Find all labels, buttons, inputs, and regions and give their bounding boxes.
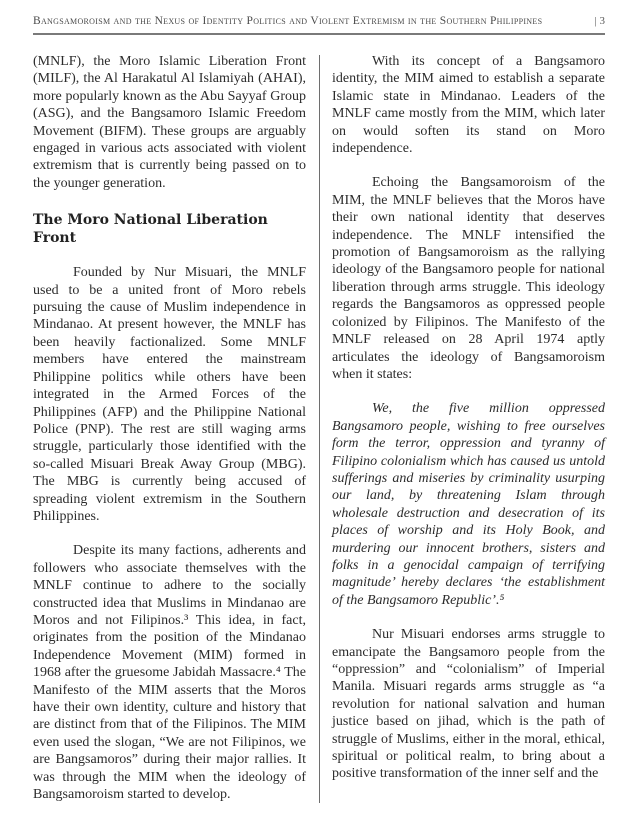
column-divider xyxy=(319,55,320,803)
paragraph-founded-by-misuari: Founded by Nur Misuari, the MNLF used to… xyxy=(33,264,306,525)
paragraph-nur-misuari-endorses: Nur Misuari endorses arms struggle to em… xyxy=(332,626,605,783)
paragraph-echoing-bangsamoroism: Echoing the Bangsamoroism of the MIM, th… xyxy=(332,174,605,383)
paragraph-bangsamoro-identity: With its concept of a Bangsamoro identit… xyxy=(332,53,605,157)
right-column: With its concept of a Bangsamoro identit… xyxy=(332,53,605,803)
left-column: (MNLF), the Moro Islamic Liberation Fron… xyxy=(33,53,306,803)
running-header-title: Bangsamoroism and the Nexus of Identity … xyxy=(33,15,542,27)
page-number: | 3 xyxy=(585,15,605,27)
blockquote-mnlf-manifesto: We, the five million oppressed Bangsamor… xyxy=(332,400,605,609)
document-page: Bangsamoroism and the Nexus of Identity … xyxy=(0,0,638,826)
two-column-body: (MNLF), the Moro Islamic Liberation Fron… xyxy=(33,53,605,803)
page-header: Bangsamoroism and the Nexus of Identity … xyxy=(33,15,605,35)
paragraph-despite-factions: Despite its many factions, adherents and… xyxy=(33,542,306,803)
paragraph-extremist-groups: (MNLF), the Moro Islamic Liberation Fron… xyxy=(33,53,306,192)
section-heading-mnlf: The Moro National Liberation Front xyxy=(33,211,306,247)
